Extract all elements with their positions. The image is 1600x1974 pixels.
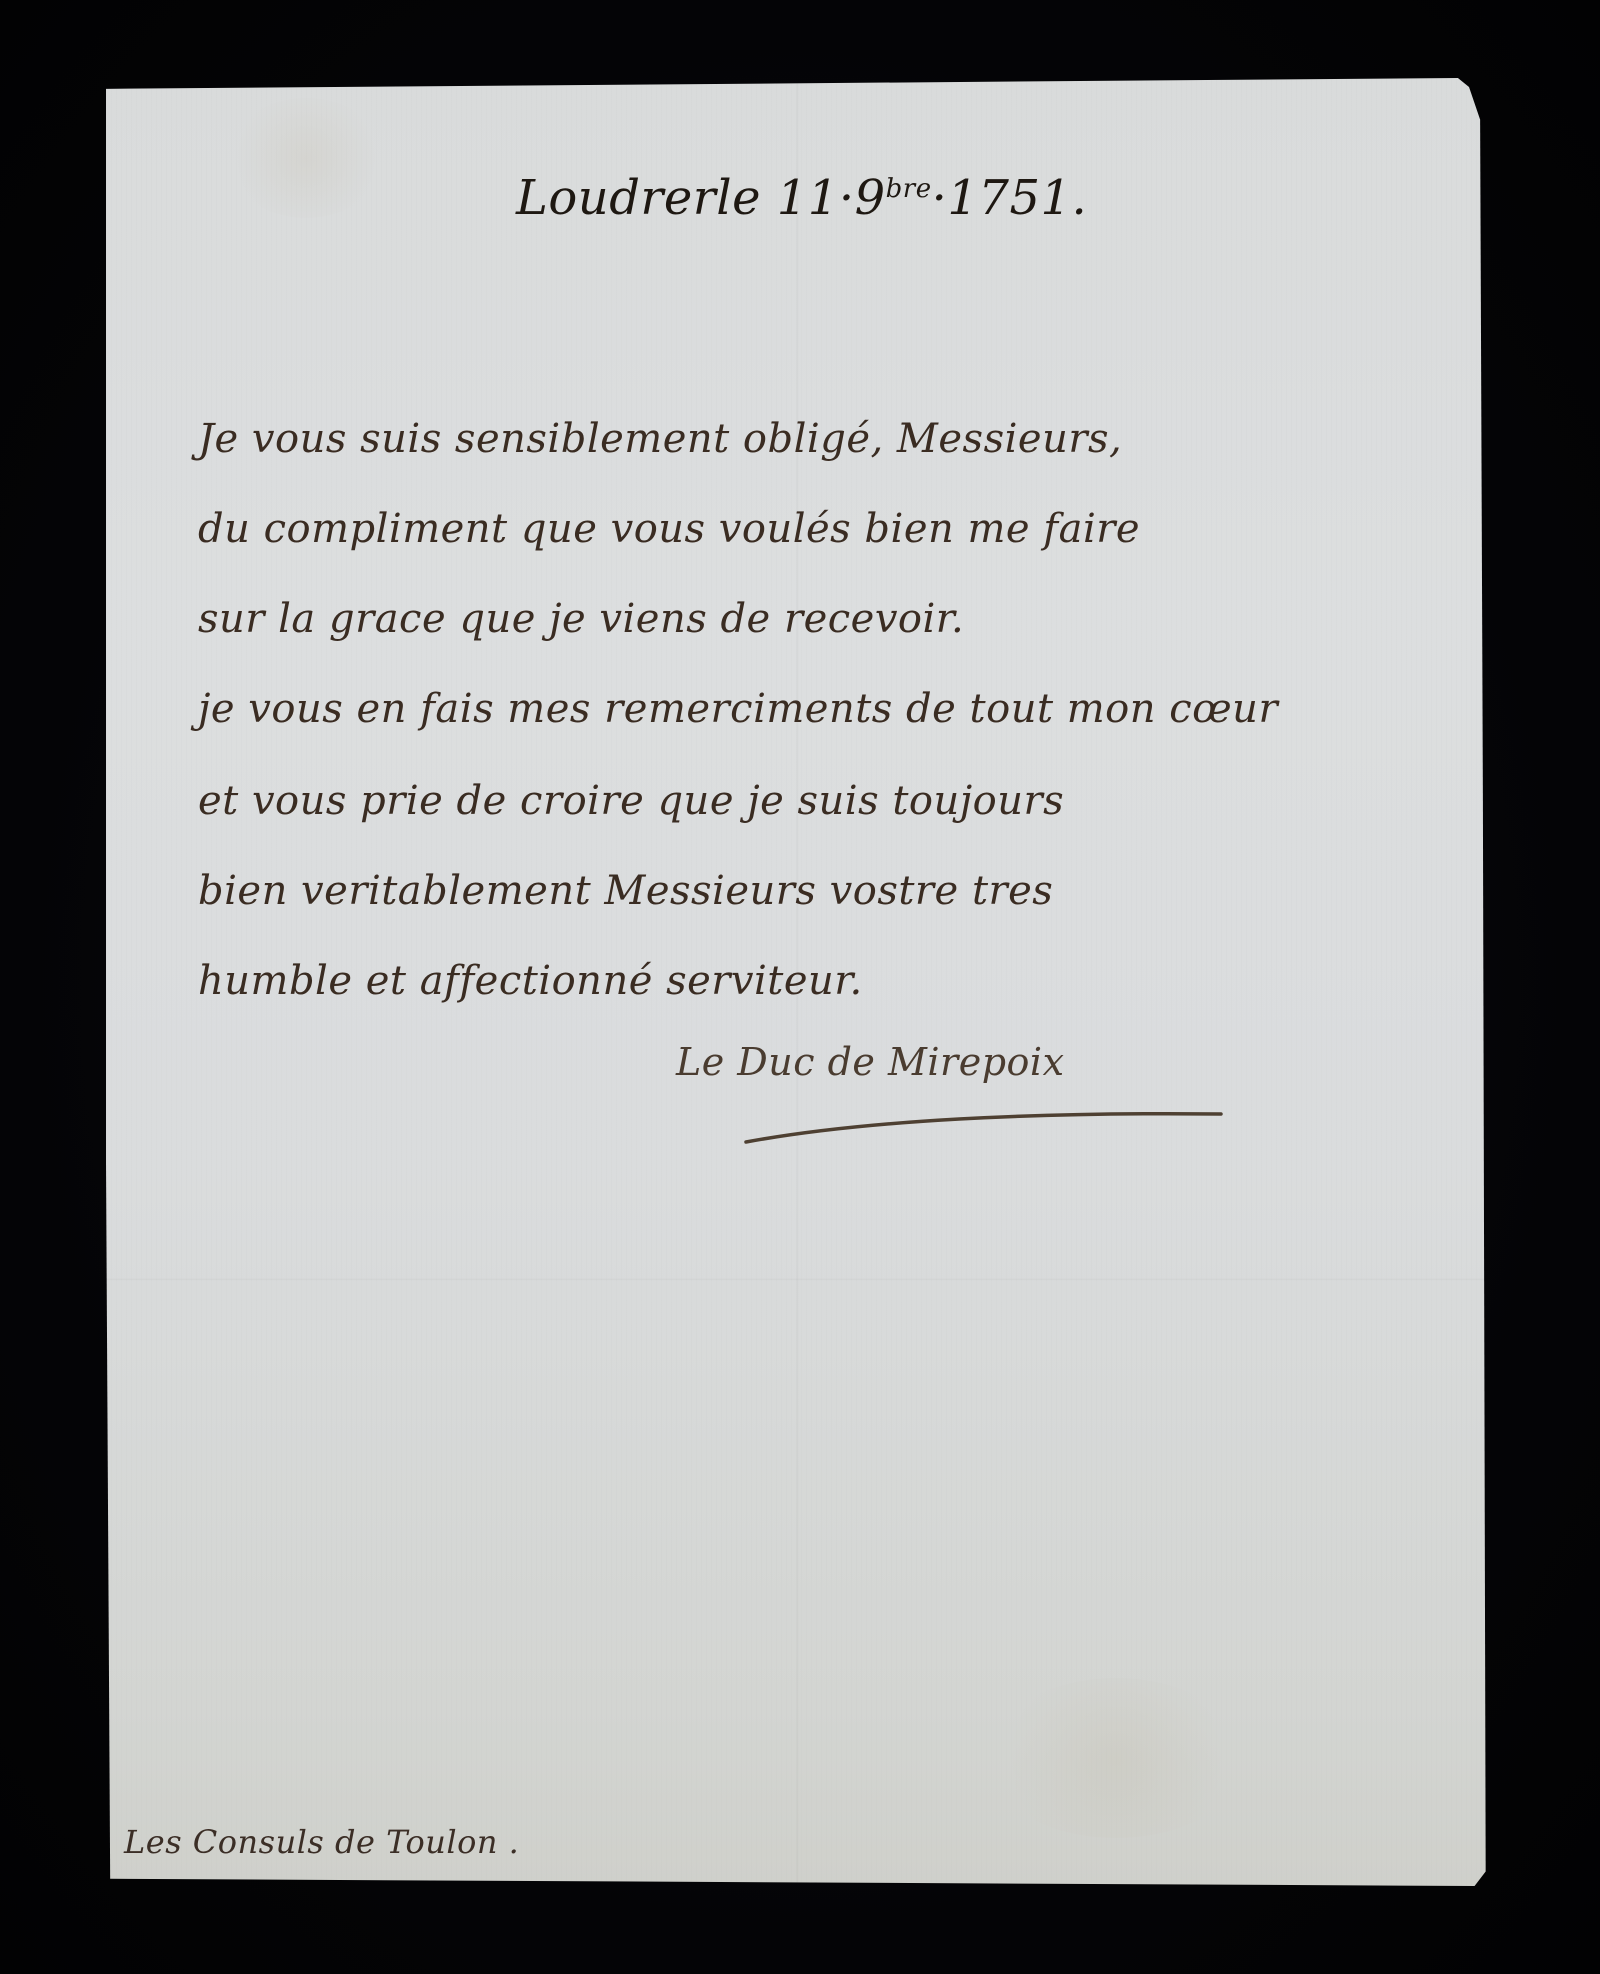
signature: Le Duc de Mirepoix (676, 1040, 1065, 1084)
dateline-month-superscript: bre (886, 174, 932, 204)
horizontal-fold-crease (106, 1278, 1494, 1281)
letter-line-4: je vous en fais mes remerciments de tout… (198, 686, 1278, 732)
dateline: Loudrerle 11·9bre·1751. (516, 170, 1087, 226)
letter-line-6: bien veritablement Messieurs vostre tres (198, 868, 1053, 914)
dateline-month: 9 (855, 170, 886, 226)
letter-line-7: humble et affectionné serviteur. (198, 958, 863, 1004)
letter-line-5: et vous prie de croire que je suis toujo… (198, 778, 1064, 824)
photo-background: Loudrerle 11·9bre·1751. Je vous suis sen… (0, 0, 1600, 1974)
addressee-line: Les Consuls de Toulon . (124, 1823, 519, 1861)
letter-line-2: du compliment que vous voulés bien me fa… (198, 506, 1140, 552)
signature-flourish-underline (706, 1098, 1226, 1148)
paper-stain (226, 98, 386, 218)
paper-stain (986, 1678, 1246, 1838)
letter-paper: Loudrerle 11·9bre·1751. Je vous suis sen… (106, 78, 1494, 1886)
dateline-place: Loudrerle (516, 170, 761, 226)
letter-line-3: sur la grace que je viens de recevoir. (198, 596, 964, 642)
letter-line-1: Je vous suis sensiblement obligé, Messie… (198, 416, 1122, 462)
dateline-day: 11 (777, 170, 839, 226)
dateline-year: 1751. (947, 170, 1087, 226)
